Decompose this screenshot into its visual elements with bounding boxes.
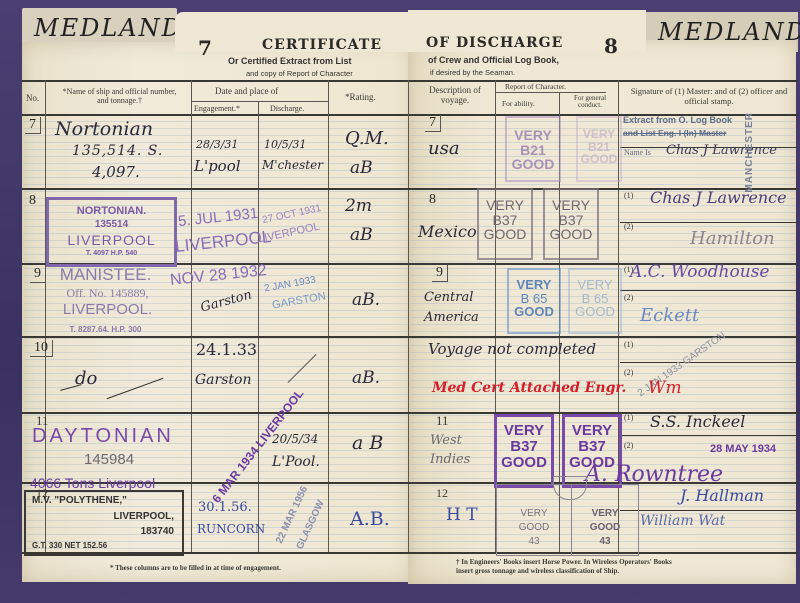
rating-secondary: aB (350, 225, 373, 245)
rating: aB. (352, 368, 380, 388)
rating-secondary: aB (350, 158, 373, 178)
sig-sub-rule (620, 510, 798, 511)
ship-stamp-polythene: M.V. "POLYTHENE," LIVERPOOL, 183740 G.T.… (24, 490, 184, 556)
discharge-date: 10/5/31 (264, 138, 306, 151)
sig-label-2: (2) (624, 293, 633, 302)
sig-struck-text: and List Eng. I (In) Master (623, 129, 726, 138)
col-divider (258, 101, 259, 552)
col-header-description: Description of voyage. (420, 86, 490, 106)
sig-sub-rule (620, 362, 798, 363)
ship-stamp-daytonian: DAYTONIAN (32, 426, 174, 447)
sig-label-2: (2) (624, 441, 633, 450)
row-number-right: 8 (425, 192, 440, 208)
row-number-right: 12 (436, 486, 448, 501)
official-number: 135,514. S. (72, 143, 163, 159)
signature-master: Chas J Lawrence (650, 188, 787, 207)
row-number: 7 (25, 117, 41, 134)
voyage-description: Voyage not completed (428, 340, 618, 358)
stamp-ability: VERYB37GOOD (494, 414, 554, 488)
signature-officer: William Wat (640, 513, 725, 529)
col-header-conduct: For general conduct. (563, 95, 617, 110)
voyage-description: West Indies (430, 432, 485, 470)
sig-extract-text: Extract from O. Log Book (623, 116, 732, 125)
ship-name: Nortonian (55, 118, 153, 140)
sig-label-2: (2) (624, 222, 633, 231)
ship-stamp-tonnage: T. 8287.64. H.P. 300 (48, 326, 163, 334)
rating: a B (352, 432, 383, 454)
ship-stamp-official-no: 145984 (84, 452, 134, 468)
tab-name-left: MEDLAND (34, 14, 183, 42)
row-number: 8 (25, 193, 40, 209)
signature-master: S.S. Inckeel (650, 412, 745, 431)
col-header-date-place: Date and place of (215, 86, 278, 96)
medical-note: Med Cert Attached Engr. (432, 380, 632, 396)
row-number: 9 (30, 266, 46, 283)
footnote-right: † In Engineers' Books insert Horse Power… (456, 558, 678, 576)
ship-stamp-official-no: Off. No. 145889, (50, 287, 165, 300)
signature-officer: Hamilton (690, 228, 775, 249)
page-number-right: 8 (604, 34, 619, 58)
sig-label-1: (1) (624, 191, 633, 200)
rating: aB. (352, 290, 380, 310)
row-number-right: 11 (436, 413, 449, 429)
stamp-ability: VERYB 65GOOD (507, 268, 561, 334)
voyage-description: Central America (424, 288, 494, 327)
subtitle-right-1: of Crew and Official Log Book, (428, 55, 559, 65)
tonnage: 4,097. (92, 163, 140, 181)
rating: A.B. (350, 508, 390, 530)
signature-officer: Eckett (640, 305, 699, 326)
sig-name-label: Name Is (624, 148, 651, 157)
signature-master: J. Hallman (680, 486, 764, 505)
col-header-report: Report of Character. (505, 82, 566, 91)
discharge-date: 20/5/34 (272, 432, 318, 446)
page-number-left: 7 (198, 36, 213, 60)
engagement-date: 28/3/31 (196, 138, 238, 151)
stamp-conduct: VERYB 65GOOD (568, 268, 622, 334)
engagement-place: RUNCORN (197, 522, 265, 536)
date-stamp-may: 28 MAY 1934 (710, 444, 776, 456)
discharge-place: M'chester (262, 158, 323, 172)
row-number: 10 (30, 340, 53, 357)
ship-stamp-port: LIVERPOOL. (50, 302, 165, 318)
stamp-ability: VERYB21GOOD (505, 116, 561, 182)
subtitle-left-1: Or Certified Extract from List (228, 56, 352, 66)
page-title-right: OF DISCHARGE (426, 35, 563, 51)
signature-master: Chas J Lawrence (666, 143, 777, 158)
ship-stamp-manistee: MANISTEE. (48, 266, 163, 284)
page-title-left: CERTIFICATE (262, 37, 382, 53)
col-header-signature: Signature of (1) Master: and of (2) offi… (624, 86, 794, 106)
subtitle-left-2: and copy of Report of Character (246, 69, 353, 78)
discharge-place: L'Pool. (272, 454, 320, 470)
signature-master: A.C. Woodhouse (630, 262, 769, 282)
manchester-stamp: MANCHESTER (745, 112, 756, 193)
date-subheader-rule (191, 101, 328, 102)
col-header-discharge: Discharge. (270, 104, 304, 113)
stamp-ability: VERYB37GOOD (477, 188, 533, 260)
footnote-left: * These columns are to be filled in at t… (110, 564, 281, 572)
signature-officer: Wm (648, 378, 682, 398)
voyage-description: usa (428, 138, 460, 159)
sig-sub-rule (620, 435, 798, 436)
col-header-no: No. (26, 93, 39, 103)
sig-sub-rule (620, 290, 798, 291)
row-number-right: 7 (425, 115, 441, 132)
col-header-ability: For ability. (502, 99, 535, 108)
col-header-rating: *Rating. (345, 92, 376, 102)
ship-stamp-tonnage: 4066 Tons Liverpool (30, 476, 155, 491)
header-top-rule (22, 80, 798, 82)
sig-label-1: (1) (624, 413, 633, 422)
subtitle-right-2: if desired by the Seaman. (430, 68, 515, 77)
ship-stamp-nortonian: NORTONIAN. 135514 LIVERPOOL T. 4097 H.P.… (46, 197, 177, 267)
sig-label-1: (1) (624, 340, 633, 349)
col-header-ship: *Name of ship and official number, and t… (62, 88, 177, 106)
stamp-conduct: VERYB21GOOD (576, 116, 622, 182)
engagement-place: L'pool (194, 157, 241, 175)
rating: 2m (345, 196, 372, 216)
sig-sub-rule (620, 222, 798, 223)
row-number-right: 9 (432, 265, 448, 282)
engagement-date: 24.1.33 (196, 340, 257, 359)
col-header-engagement: Engagement.* (194, 104, 240, 113)
sig-label-2: (2) (624, 368, 633, 377)
voyage-description: H T (446, 505, 478, 525)
row-separator (22, 336, 798, 338)
rating: Q.M. (345, 128, 389, 149)
stamp-conduct: VERYB37GOOD (543, 188, 599, 260)
engagement-place: Garston (195, 372, 251, 388)
report-subheader-rule (495, 92, 606, 93)
voyage-description: Mexico (418, 222, 477, 241)
engagement-date: 30.1.56. (198, 500, 252, 515)
